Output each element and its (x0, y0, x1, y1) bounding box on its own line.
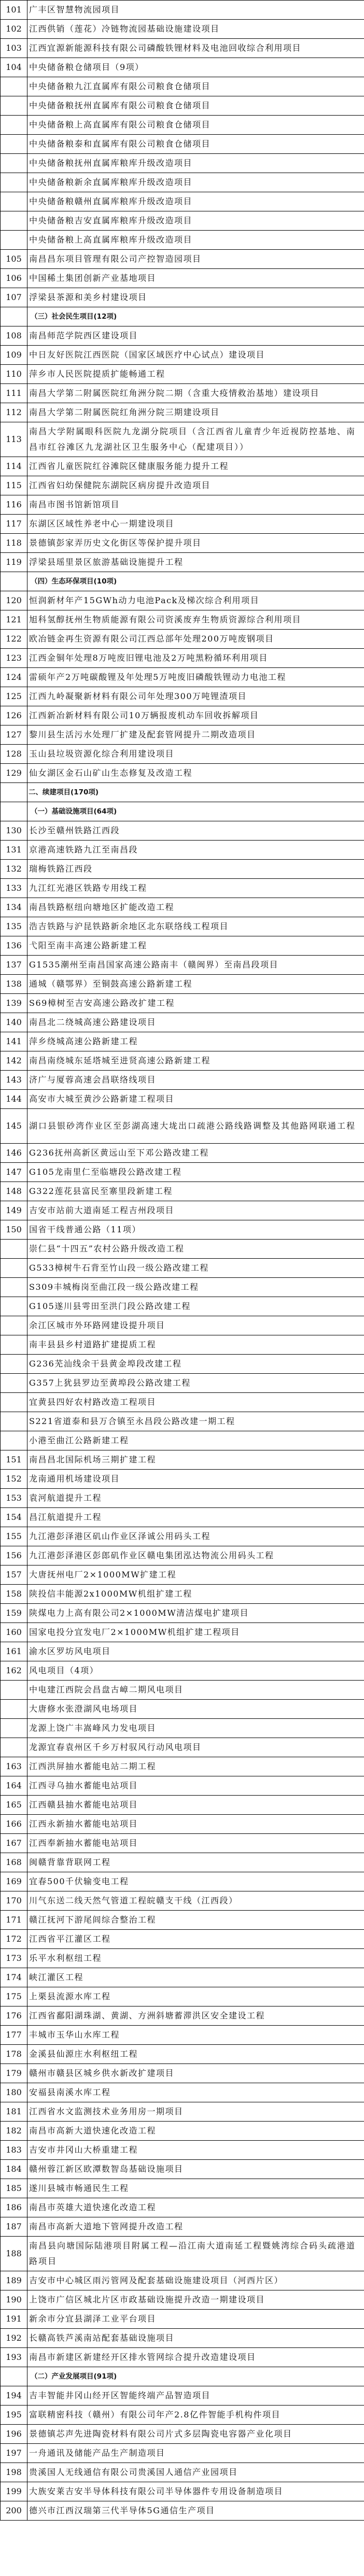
project-name: 南昌北二绕城高速公路建设项目 (27, 1013, 364, 1032)
table-row: 126 江西新冶新材料有限公司10万辆报废机动车回收拆解项目 (1, 706, 364, 725)
subsection-header-row: （二）产业发展项目(91项) (1, 2367, 364, 2386)
table-row: 106 中国稀土集团创新产业基地项目 (1, 269, 364, 288)
project-name: 江西省水文监测技术业务用房一期项目 (27, 2102, 364, 2122)
row-number (1, 1259, 27, 1278)
row-number: 177 (1, 2026, 27, 2045)
project-name: 新余市分宜县湖泽工业平台项目 (27, 2310, 364, 2329)
row-number: 126 (1, 706, 27, 725)
project-name: 江西洪屏抽水蓄能电站二期工程 (27, 1757, 364, 1776)
table-row: 196 景德镇芯声先进陶瓷材料有限公司片式多层陶瓷电容器产业化项目 (1, 2425, 364, 2444)
project-name: 湖口县银砂湾作业区至彭湖高速大垅出口疏港公路线路调整及其他路网联通工程 (27, 1109, 364, 1144)
project-name: 江西寻乌抽水蓄能电站项目 (27, 1776, 364, 1796)
row-number: 127 (1, 725, 27, 745)
project-name: 贵溪国人无线通信有限公司贵溪国人通信产业园项目 (27, 2463, 364, 2482)
table-row: 154 昌江航道提升工程 (1, 1508, 364, 1527)
table-row: 150 国省干线普通公路（11项） (1, 1220, 364, 1240)
project-name: 南昌铁路枢纽向塘地区扩能改造工程 (27, 898, 364, 917)
table-row: 115 江西省妇幼保健院东湖院区病房提升改造项目 (1, 476, 364, 495)
row-number: 149 (1, 1201, 27, 1220)
row-number (1, 1278, 27, 1297)
table-row: 103 江西宜源新能源科技有限公司磷酸铁锂材料及电池回收综合利用项目 (1, 39, 364, 58)
project-name: 江西供销（莲花）冷链物流园基础设施建设项目 (27, 20, 364, 39)
row-number: 132 (1, 860, 27, 879)
row-number (1, 154, 27, 173)
table-row: 198 贵溪国人无线通信有限公司贵溪国人通信产业园项目 (1, 2463, 364, 2482)
row-number: 175 (1, 1987, 27, 2006)
project-name: 江西省鄱阳湖珠湖、黄湖、方洲斜塘蓄滞洪区安全建设工程 (27, 2006, 364, 2026)
table-row: 152 龙南通用机场建设项目 (1, 1470, 364, 1489)
table-row: 188 南昌县向塘国际陆港项目附属工程—沿江南大道南延工程暨姚湾综合码头疏港道路… (1, 2237, 364, 2271)
row-number: 198 (1, 2463, 27, 2482)
project-name: 景德镇芯声先进陶瓷材料有限公司片式多层陶瓷电容器产业化项目 (27, 2425, 364, 2444)
project-name: 南昌昌东项目管理有限公司产控智造园项目 (27, 250, 364, 269)
project-name: 昌江航道提升工程 (27, 1508, 364, 1527)
table-row: 109 中日友好医院江西医院（国家区域医疗中心试点）建设项目 (1, 346, 364, 365)
table-row: 134 南昌铁路枢纽向塘地区扩能改造工程 (1, 898, 364, 917)
project-name: 南昌师范学院西区建设项目 (27, 326, 364, 346)
table-row: 166 江西永新抽水蓄能电站项目 (1, 1815, 364, 1834)
row-number: 123 (1, 649, 27, 668)
project-name: G1535潮州至南昌国家高速公路南丰（赣闽界）至南昌段项目 (27, 956, 364, 975)
table-row: 161 渝水区罗坊风电项目 (1, 1642, 364, 1661)
row-number: 174 (1, 1968, 27, 1987)
project-name: 闽赣背靠背联网工程 (27, 1853, 364, 1872)
table-row: 191 新余市分宜县湖泽工业平台项目 (1, 2310, 364, 2329)
sub-item-row: G105遂川县雩田至洪门段公路改建工程 (1, 1297, 364, 1316)
row-number (1, 1355, 27, 1374)
table-row: 186 南昌市英雄大道快速化改造工程 (1, 2198, 364, 2217)
row-number: 160 (1, 1623, 27, 1642)
project-name: 赣州蓉江新区欧潭数智岛基础设施项目 (27, 2160, 364, 2179)
project-name: 上栗县流源水库工程 (27, 1987, 364, 2006)
table-row: 136 弋阳至南丰高速公路新建工程 (1, 936, 364, 956)
project-name: 小港至曲江公路新建工程 (27, 1431, 364, 1450)
table-row: 108 南昌师范学院西区建设项目 (1, 326, 364, 346)
table-row: 121 旭科氢醇抚州生物质能源有限公司资溪废弃生物质资源综合利用项目 (1, 610, 364, 630)
project-name: 崇仁县“十四五”农村公路升级改造工程 (27, 1240, 364, 1259)
sub-item-row: 崇仁县“十四五”农村公路升级改造工程 (1, 1240, 364, 1259)
project-name: 国家电投分宜发电厂2×1000MW机组扩建工程项目 (27, 1623, 364, 1642)
project-name: 陕投信丰能源2x1000MW机组扩建工程 (27, 1585, 364, 1604)
table-row: 135 浩吉铁路与沪昆铁路新余地区北东联络线工程项目 (1, 917, 364, 936)
project-name: 川气东送二线天然气管道工程皖赣支干线（江西段） (27, 1891, 364, 1911)
project-name: 雷硕年产2万吨碳酸锂及年处理5万吨废旧磷酸铁锂动力电池工程 (27, 668, 364, 687)
sub-item-row: 龙源宜春袁州区千乡万村驭风行动风电项目 (1, 1738, 364, 1757)
project-name: 吉安市井冈山大桥重建工程 (27, 2141, 364, 2160)
row-number: 150 (1, 1220, 27, 1240)
table-row: 183 吉安市井冈山大桥重建工程 (1, 2141, 364, 2160)
row-number: 130 (1, 821, 27, 841)
project-name: G105遂川县雩田至洪门段公路改建工程 (27, 1297, 364, 1316)
project-name: 长沙至赣州铁路江西段 (27, 821, 364, 841)
table-row: 160 国家电投分宜发电厂2×1000MW机组扩建工程项目 (1, 1623, 364, 1642)
project-name: 赣州市赣县区城乡供水新改扩建项目 (27, 2064, 364, 2083)
row-number: 129 (1, 764, 27, 783)
row-number: 103 (1, 39, 27, 58)
row-number: 170 (1, 1891, 27, 1911)
table-row: 180 安福县南溪水库工程 (1, 2083, 364, 2102)
table-row: 151 南昌昌北国际机场三期扩建工程 (1, 1450, 364, 1470)
project-name: 旭科氢醇抚州生物质能源有限公司资溪废弃生物质资源综合利用项目 (27, 610, 364, 630)
project-name: 中日友好医院江西医院（国家区域医疗中心试点）建设项目 (27, 346, 364, 365)
project-name: 高安市大城至黄沙公路新建工程项目 (27, 1090, 364, 1109)
row-number: 188 (1, 2237, 27, 2271)
row-number: 197 (1, 2444, 27, 2463)
project-name: 中电建江西院会昌盘古嶂二期风电项目 (27, 1681, 364, 1700)
row-number: 168 (1, 1853, 27, 1872)
table-row: 118 景德镇彭家弄历史文化街区等保护提升项目 (1, 534, 364, 553)
project-name: 南昌县向塘国际陆港项目附属工程—沿江南大道南延工程暨姚湾综合码头疏港道路项目 (27, 2237, 364, 2271)
row-number: 102 (1, 20, 27, 39)
table-row: 197 一舟通讯及储能产品生产制造项目 (1, 2444, 364, 2463)
table-row: 189 吉安市中心城区雨污管网及配套基础设施建设项目（河西片区） (1, 2271, 364, 2290)
table-row: 165 江西赣县抽水蓄能电站项目 (1, 1796, 364, 1815)
table-row: 140 南昌北二绕城高速公路建设项目 (1, 1013, 364, 1032)
row-number (1, 1374, 27, 1393)
row-number: 159 (1, 1604, 27, 1623)
sub-item-row: 余江区城市外环路网建设提升项目 (1, 1316, 364, 1335)
row-number: 114 (1, 457, 27, 476)
project-name: 江西省妇幼保健院东湖院区病房提升改造项目 (27, 476, 364, 495)
table-row: 107 浮梁县茶源和美乡村建设项目 (1, 288, 364, 307)
project-name: 宜春500千伏输变电工程 (27, 1872, 364, 1891)
table-row: 125 江西九岭凝聚新材料有限公司年处理300万吨锂渣项目 (1, 687, 364, 706)
project-name: 一舟通讯及储能产品生产制造项目 (27, 2444, 364, 2463)
table-row: 157 大唐抚州电厂2×1000MW扩建工程 (1, 1565, 364, 1585)
sub-item-row: 南丰县县乡村道路扩建提质工程 (1, 1335, 364, 1355)
project-name: 玉山县垃圾资源化综合利用建设项目 (27, 745, 364, 764)
row-number: 156 (1, 1546, 27, 1565)
row-number: 157 (1, 1565, 27, 1585)
row-number: 131 (1, 841, 27, 860)
project-name: 中央储备粮九江直属库有限公司粮食仓储项目 (27, 77, 364, 96)
row-number: 124 (1, 668, 27, 687)
table-row: 162 风电项目（4项） (1, 1661, 364, 1681)
row-number: 191 (1, 2310, 27, 2329)
row-number: 119 (1, 553, 27, 572)
project-name: 陕煤电力上高有限公司2×1000MW清洁煤电扩建项目 (27, 1604, 364, 1623)
table-row: 169 宜春500千伏输变电工程 (1, 1872, 364, 1891)
table-row: 143 济广与厦蓉高速会昌联络线项目 (1, 1071, 364, 1090)
table-row: 177 丰城市玉华山水库工程 (1, 2026, 364, 2045)
table-row: 190 上饶市广信区城北片区市政基础设施提升改造一期建设项目 (1, 2290, 364, 2310)
project-name: 江西金铜年处理8万吨废旧锂电池及2万吨黑粉循环利用项目 (27, 649, 364, 668)
row-number: 148 (1, 1182, 27, 1201)
table-row: 175 上栗县流源水库工程 (1, 1987, 364, 2006)
sub-item-row: 中央储备粮新余直属库粮库升级改造项目 (1, 173, 364, 192)
row-number: 199 (1, 2482, 27, 2501)
table-row: 130 长沙至赣州铁路江西段 (1, 821, 364, 841)
row-number: 108 (1, 326, 27, 346)
row-number: 186 (1, 2198, 27, 2217)
table-row: 192 长赣高铁芦溪南站配套基础设施项目 (1, 2329, 364, 2348)
table-row: 117 东湖区区域性养老中心一期建设项目 (1, 515, 364, 534)
table-row: 193 南昌市新建区新建经开区排水管网综合提升改造建设项目 (1, 2348, 364, 2367)
project-name: 京港高速铁路九江至南昌段 (27, 841, 364, 860)
sub-item-row: G533樟树牛石背至竹山段一级公路改建工程 (1, 1259, 364, 1278)
project-name: 余江区城市外环路网建设提升项目 (27, 1316, 364, 1335)
row-number: 196 (1, 2425, 27, 2444)
row-number: 171 (1, 1911, 27, 1930)
sub-item-row: 龙源上饶广丰嵩峰风力发电项目 (1, 1719, 364, 1738)
project-name: G105龙南里仁至临塘段公路改建工程 (27, 1163, 364, 1182)
row-number: 183 (1, 2141, 27, 2160)
section-title: 二、续建项目(170项) (27, 783, 364, 802)
row-number (1, 1700, 27, 1719)
project-name: 吉丰智能井冈山经开区智能终端产品智造项目 (27, 2386, 364, 2406)
table-row: 182 南昌市高新大道快速化改造工程 (1, 2122, 364, 2141)
project-list-body: 101 广丰区智慧物流园项目 102 江西供销（莲花）冷链物流园基础设施建设项目… (1, 1, 364, 2521)
table-row: 139 S69樟树至吉安高速公路改扩建工程 (1, 994, 364, 1013)
project-name: 东湖区区域性养老中心一期建设项目 (27, 515, 364, 534)
section-title: （三）社会民生项目(12项) (27, 307, 364, 326)
project-name: 浮梁县瑶里景区旅游基础设施提升工程 (27, 553, 364, 572)
table-row: 199 大族安莱吉安半导体科技有限公司半导体器件专用设备制造项目 (1, 2482, 364, 2501)
sub-item-row: 大唐修水张澄湖风电场项目 (1, 1700, 364, 1719)
row-number (1, 231, 27, 250)
row-number: 167 (1, 1834, 27, 1853)
table-row: 133 九江红光港区铁路专用线工程 (1, 879, 364, 898)
project-name: 九江港彭泽港区矶山作业区泽诚公用码头工程 (27, 1527, 364, 1546)
project-name: 吉安市中心城区雨污管网及配套基础设施建设项目（河西片区） (27, 2271, 364, 2290)
project-list-table: 101 广丰区智慧物流园项目 102 江西供销（莲花）冷链物流园基础设施建设项目… (0, 0, 364, 2521)
table-row: 163 江西洪屏抽水蓄能电站二期工程 (1, 1757, 364, 1776)
table-row: 148 G322莲花县富民至寨里段新建工程 (1, 1182, 364, 1201)
project-name: 江西宜源新能源科技有限公司磷酸铁锂材料及电池回收综合利用项目 (27, 39, 364, 58)
row-number (1, 96, 27, 116)
row-number: 125 (1, 687, 27, 706)
row-number: 192 (1, 2329, 27, 2348)
sub-item-row: 中电建江西院会昌盘古嶂二期风电项目 (1, 1681, 364, 1700)
row-number: 111 (1, 384, 27, 403)
row-number: 116 (1, 495, 27, 515)
section-title: （四）生态环保项目(10项) (27, 572, 364, 591)
project-name: 景德镇彭家弄历史文化街区等保护提升项目 (27, 534, 364, 553)
subsection-header-row: （四）生态环保项目(10项) (1, 572, 364, 591)
sub-item-row: 中央储备粮抚州直属库粮库升级改造项目 (1, 154, 364, 173)
table-row: 178 金溪县仙源庄水利枢纽工程 (1, 2045, 364, 2064)
row-number (1, 1412, 27, 1431)
project-name: 大唐抚州电厂2×1000MW扩建工程 (27, 1565, 364, 1585)
row-number: 118 (1, 534, 27, 553)
table-row: 187 南昌市高新大道地下管网提升改造工程 (1, 2217, 364, 2237)
row-number: 193 (1, 2348, 27, 2367)
table-row: 167 江西奉新抽水蓄能电站项目 (1, 1834, 364, 1853)
project-name: 龙南通用机场建设项目 (27, 1470, 364, 1489)
project-name: G236抚州高新区黄远山至下邓公路改建工程 (27, 1144, 364, 1163)
sub-item-row: 小港至曲江公路新建工程 (1, 1431, 364, 1450)
project-name: 中央储备粮仓储项目（9项） (27, 58, 364, 77)
table-row: 168 闽赣背靠背联网工程 (1, 1853, 364, 1872)
table-row: 129 仙女湖区金石山矿山生态修复及改造工程 (1, 764, 364, 783)
row-number: 122 (1, 630, 27, 649)
row-number: 154 (1, 1508, 27, 1527)
table-row: 102 江西供销（莲花）冷链物流园基础设施建设项目 (1, 20, 364, 39)
row-number: 184 (1, 2160, 27, 2179)
row-number: 194 (1, 2386, 27, 2406)
table-row: 119 浮梁县瑶里景区旅游基础设施提升工程 (1, 553, 364, 572)
table-row: 122 欧冶链金再生资源有限公司江西总部年处理200万吨废钢项目 (1, 630, 364, 649)
project-name: G357上犹县罗边至黄埠段公路改建工程 (27, 1374, 364, 1393)
project-name: 龙源上饶广丰嵩峰风力发电项目 (27, 1719, 364, 1738)
table-row: 101 广丰区智慧物流园项目 (1, 1, 364, 20)
row-number (1, 135, 27, 154)
project-name: 江西永新抽水蓄能电站项目 (27, 1815, 364, 1834)
table-row: 147 G105龙南里仁至临塘段公路改建工程 (1, 1163, 364, 1182)
table-row: 116 南昌市图书馆新馆项目 (1, 495, 364, 515)
project-name: G322莲花县富民至寨里段新建工程 (27, 1182, 364, 1201)
project-name: 萍乡市人民医院提质扩能畅通工程 (27, 365, 364, 384)
row-number: 181 (1, 2102, 27, 2122)
row-number: 121 (1, 610, 27, 630)
table-row: 145 湖口县银砂湾作业区至彭湖高速大垅出口疏港公路线路调整及其他路网联通工程 (1, 1109, 364, 1144)
sub-item-row: S309丰城梅岗至曲江段一级公路改建工程 (1, 1278, 364, 1297)
table-row: 123 江西金铜年处理8万吨废旧锂电池及2万吨黑粉循环利用项目 (1, 649, 364, 668)
project-name: 上饶市广信区城北片区市政基础设施提升改造一期建设项目 (27, 2290, 364, 2310)
table-row: 137 G1535潮州至南昌国家高速公路南丰（赣闽界）至南昌段项目 (1, 956, 364, 975)
table-row: 110 萍乡市人民医院提质扩能畅通工程 (1, 365, 364, 384)
row-number: 172 (1, 1930, 27, 1949)
row-number: 112 (1, 403, 27, 422)
sub-item-row: S221省道泰和县万合镇至永昌段公路改建一期工程 (1, 1412, 364, 1431)
row-number: 161 (1, 1642, 27, 1661)
table-row: 113 南昌大学附属眼科医院九龙湖分院项目（含江西省儿童青少年近视防控基地、南昌… (1, 422, 364, 457)
row-number: 158 (1, 1585, 27, 1604)
project-name: 欧冶链金再生资源有限公司江西总部年处理200万吨废钢项目 (27, 630, 364, 649)
row-number: 133 (1, 879, 27, 898)
row-number (1, 1297, 27, 1316)
subsection-header-row: （一）基础设施项目(64项) (1, 802, 364, 821)
project-name: 济广与厦蓉高速会昌联络线项目 (27, 1071, 364, 1090)
table-row: 174 峡江灌区工程 (1, 1968, 364, 1987)
row-number (1, 116, 27, 135)
table-row: 156 九江港彭泽港区彭郎矶作业区赣电集团泓达物流公用码头工程 (1, 1546, 364, 1565)
table-row: 170 川气东送二线天然气管道工程皖赣支干线（江西段） (1, 1891, 364, 1911)
table-row: 176 江西省鄱阳湖珠湖、黄湖、方洲斜塘蓄滞洪区安全建设工程 (1, 2006, 364, 2026)
project-name: 中国稀土集团创新产业基地项目 (27, 269, 364, 288)
sub-item-row: G236芜汕线余干县黄金埠段改建工程 (1, 1355, 364, 1374)
table-row: 120 恒润新材年产15GWh动力电池Pack及梯次综合利用项目 (1, 591, 364, 610)
table-row: 141 萍乡绕城高速公路新建工程 (1, 1032, 364, 1051)
table-row: 128 玉山县垃圾资源化综合利用建设项目 (1, 745, 364, 764)
row-number (1, 1738, 27, 1757)
row-number: 115 (1, 476, 27, 495)
project-name: 富联精密科技（赣州）有限公司年产2.8亿件智能手机构件项目 (27, 2406, 364, 2425)
project-name: 大族安莱吉安半导体科技有限公司半导体器件专用设备制造项目 (27, 2482, 364, 2501)
row-number (1, 1393, 27, 1412)
project-name: 遂川县城市畅通民生工程 (27, 2179, 364, 2198)
project-name: 南昌大学第二附属医院红角洲分院三期建设项目 (27, 403, 364, 422)
project-name: 南昌大学附属眼科医院九龙湖分院项目（含江西省儿童青少年近视防控基地、南昌市红谷滩… (27, 422, 364, 457)
table-row: 159 陕煤电力上高有限公司2×1000MW清洁煤电扩建项目 (1, 1604, 364, 1623)
project-name: 弋阳至南丰高速公路新建工程 (27, 936, 364, 956)
row-number: 152 (1, 1470, 27, 1489)
project-name: G533樟树牛石背至竹山段一级公路改建工程 (27, 1259, 364, 1278)
project-name: 丰城市玉华山水库工程 (27, 2026, 364, 2045)
row-number (1, 802, 27, 821)
project-name: 通城（赣鄂界）至铜鼓高速公路新建工程 (27, 975, 364, 994)
project-name: 袁河航道提升工程 (27, 1489, 364, 1508)
table-row: 194 吉丰智能井冈山经开区智能终端产品智造项目 (1, 2386, 364, 2406)
row-number: 165 (1, 1796, 27, 1815)
project-name: 中央储备粮泰和直属库有限公司粮食仓储项目 (27, 135, 364, 154)
project-name: 黎川县生活污水处理厂扩建及配套管网提升二期改造项目 (27, 725, 364, 745)
row-number: 109 (1, 346, 27, 365)
row-number: 106 (1, 269, 27, 288)
row-number: 179 (1, 2064, 27, 2083)
project-name: G236芜汕线余干县黄金埠段改建工程 (27, 1355, 364, 1374)
row-number: 113 (1, 422, 27, 457)
row-number: 120 (1, 591, 27, 610)
row-number (1, 173, 27, 192)
project-name: 恒润新材年产15GWh动力电池Pack及梯次综合利用项目 (27, 591, 364, 610)
project-name: 仙女湖区金石山矿山生态修复及改造工程 (27, 764, 364, 783)
row-number: 136 (1, 936, 27, 956)
row-number: 151 (1, 1450, 27, 1470)
project-name: 国省干线普通公路（11项） (27, 1220, 364, 1240)
row-number: 141 (1, 1032, 27, 1051)
project-name: 萍乡绕城高速公路新建工程 (27, 1032, 364, 1051)
table-row: 153 袁河航道提升工程 (1, 1489, 364, 1508)
project-name: 中央储备粮抚州直属库粮库升级改造项目 (27, 154, 364, 173)
row-number: 107 (1, 288, 27, 307)
project-name: 江西奉新抽水蓄能电站项目 (27, 1834, 364, 1853)
table-row: 173 乐平水利枢纽工程 (1, 1949, 364, 1968)
row-number: 110 (1, 365, 27, 384)
table-row: 172 江西省平江灌区工程 (1, 1930, 364, 1949)
sub-item-row: 中央储备粮抚州直属库有限公司粮食仓储项目 (1, 96, 364, 116)
row-number: 173 (1, 1949, 27, 1968)
row-number: 169 (1, 1872, 27, 1891)
project-name: 江西赣县抽水蓄能电站项目 (27, 1796, 364, 1815)
sub-item-row: 宜黄县四好农村路改造工程项目 (1, 1393, 364, 1412)
project-name: 瑞梅铁路江西段 (27, 860, 364, 879)
row-number: 195 (1, 2406, 27, 2425)
row-number: 135 (1, 917, 27, 936)
project-name: 中央储备粮上高直属库粮库升级改造项目 (27, 231, 364, 250)
row-number (1, 783, 27, 802)
section-header-row: 二、续建项目(170项) (1, 783, 364, 802)
table-row: 114 江西省儿童医院红谷滩院区健康服务能力提升工程 (1, 457, 364, 476)
table-row: 146 G236抚州高新区黄远山至下邓公路改建工程 (1, 1144, 364, 1163)
row-number (1, 1431, 27, 1450)
project-name: 大唐修水张澄湖风电场项目 (27, 1700, 364, 1719)
project-name: S69樟树至吉安高速公路改扩建工程 (27, 994, 364, 1013)
row-number (1, 572, 27, 591)
table-row: 144 高安市大城至黄沙公路新建工程项目 (1, 1090, 364, 1109)
row-number: 166 (1, 1815, 27, 1834)
project-name: 广丰区智慧物流园项目 (27, 1, 364, 20)
table-row: 142 南昌南绕城东延塔城至进贤高速公路新建工程 (1, 1051, 364, 1071)
project-name: 江西新冶新材料有限公司10万辆报废机动车回收拆解项目 (27, 706, 364, 725)
sub-item-row: 中央储备粮上高直属库粮库升级改造项目 (1, 231, 364, 250)
subsection-header-row: （三）社会民生项目(12项) (1, 307, 364, 326)
row-number: 163 (1, 1757, 27, 1776)
row-number: 164 (1, 1776, 27, 1796)
project-name: 德兴市江西汉瑞第三代半导体5G通信生产项目 (27, 2501, 364, 2521)
sub-item-row: 中央储备粮吉安直属库粮库升级改造项目 (1, 211, 364, 231)
row-number (1, 2367, 27, 2386)
project-name: 风电项目（4项） (27, 1661, 364, 1681)
row-number: 182 (1, 2122, 27, 2141)
project-name: 南丰县县乡村道路扩建提质工程 (27, 1335, 364, 1355)
table-row: 158 陕投信丰能源2x1000MW机组扩建工程 (1, 1585, 364, 1604)
table-row: 184 赣州蓉江新区欧潭数智岛基础设施项目 (1, 2160, 364, 2179)
row-number: 138 (1, 975, 27, 994)
project-name: 龙源宜春袁州区千乡万村驭风行动风电项目 (27, 1738, 364, 1757)
row-number: 153 (1, 1489, 27, 1508)
row-number: 134 (1, 898, 27, 917)
